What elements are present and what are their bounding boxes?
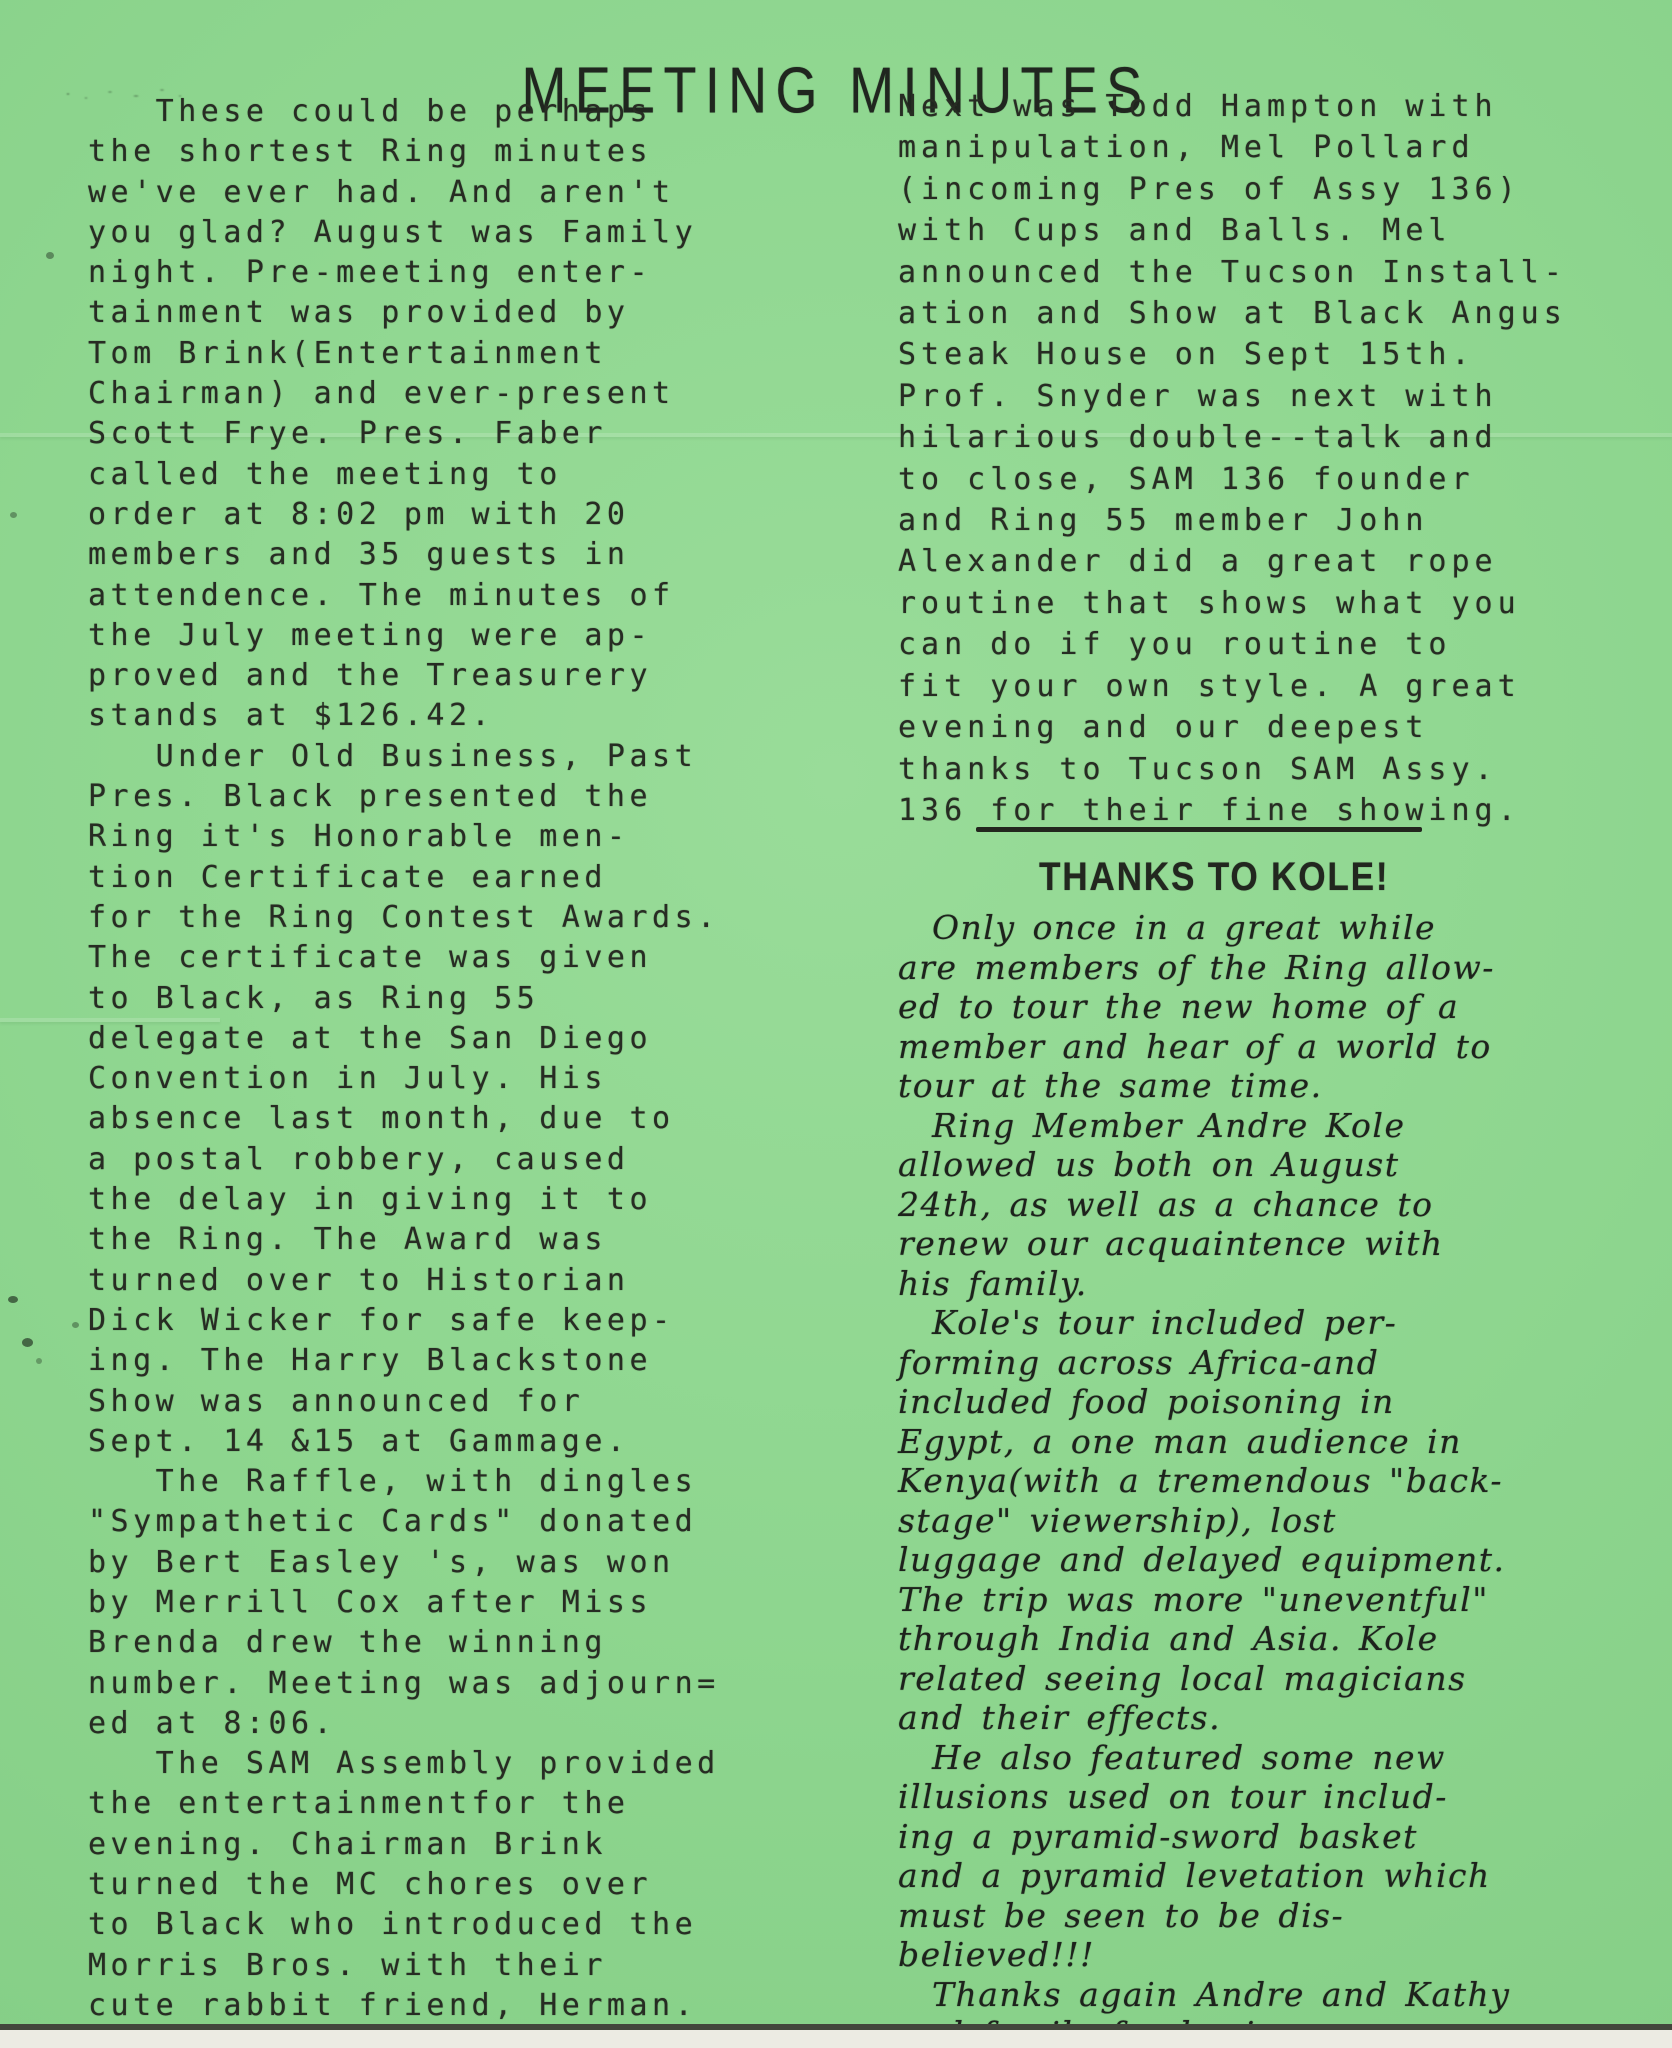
text-line: turned the MC chores over	[88, 1865, 768, 1905]
text-line: 136 for their fine showing.	[898, 790, 1598, 831]
text-line: stands at $126.42.	[88, 696, 768, 736]
newsletter-page: MEETING MINUTES These could be perhapsth…	[0, 0, 1672, 2048]
text-line: to close, SAM 136 founder	[898, 459, 1598, 500]
text-line: a postal robbery, caused	[88, 1140, 768, 1180]
text-line: Prof. Snyder was next with	[898, 376, 1598, 417]
text-line: by Bert Easley 's, was won	[88, 1543, 768, 1583]
text-line: Ring it's Honorable men-	[88, 817, 768, 857]
text-line: to Black who introduced the	[88, 1905, 768, 1945]
text-line: member and hear of a world to	[898, 1027, 1598, 1067]
text-line: "Sympathetic Cards" donated	[88, 1502, 768, 1542]
text-line: to Black, as Ring 55	[88, 979, 768, 1019]
text-line: The trip was more "uneventful"	[898, 1580, 1598, 1620]
text-line: illusions used on tour includ-	[898, 1777, 1598, 1817]
scanner-background	[0, 2030, 1672, 2048]
text-line: forming across Africa-and	[898, 1343, 1598, 1383]
text-line: fit your own style. A great	[898, 666, 1598, 707]
text-line: The SAM Assembly provided	[88, 1744, 768, 1784]
text-line: Kenya(with a tremendous "back-	[898, 1461, 1598, 1501]
text-line: renew our acquaintence with	[898, 1224, 1598, 1264]
text-line: through India and Asia. Kole	[898, 1619, 1598, 1659]
text-line: are members of the Ring allow-	[898, 948, 1598, 988]
text-line: ing a pyramid-sword basket	[898, 1817, 1598, 1857]
text-line: proved and the Treasurery	[88, 656, 768, 696]
text-line: absence last month, due to	[88, 1099, 768, 1139]
text-line: (incoming Pres of Assy 136)	[898, 169, 1598, 210]
text-line: night. Pre-meeting enter-	[88, 253, 768, 293]
ink-speck	[22, 1338, 33, 1347]
text-line: The certificate was given	[88, 938, 768, 978]
text-line: Pres. Black presented the	[88, 777, 768, 817]
text-line: The Raffle, with dingles	[88, 1462, 768, 1502]
section-header-thanks-to-kole: THANKS TO KOLE!	[933, 855, 1496, 900]
text-line: manipulation, Mel Pollard	[898, 127, 1598, 168]
ink-speck	[46, 252, 54, 259]
text-line: we've ever had. And aren't	[88, 173, 768, 213]
text-line: evening and our deepest	[898, 707, 1598, 748]
text-line: attendence. The minutes of	[88, 576, 768, 616]
text-line: Chairman) and ever-present	[88, 374, 768, 414]
text-line: Only once in a great while	[898, 908, 1598, 948]
text-line: must be seen to be dis-	[898, 1896, 1598, 1936]
text-line: allowed us both on August	[898, 1145, 1598, 1185]
text-line: related seeing local magicians	[898, 1659, 1598, 1699]
text-line: tainment was provided by	[88, 293, 768, 333]
text-line: number. Meeting was adjourn=	[88, 1664, 768, 1704]
text-line: Tom Brink(Entertainment	[88, 334, 768, 374]
text-line: delegate at the San Diego	[88, 1019, 768, 1059]
text-line: evening. Chairman Brink	[88, 1825, 768, 1865]
text-line: Next was Todd Hampton with	[898, 86, 1598, 127]
text-line: order at 8:02 pm with 20	[88, 495, 768, 535]
handwritten-section: Only once in a great whileare members of…	[898, 908, 1598, 2048]
text-line: 24th, as well as a chance to	[898, 1185, 1598, 1225]
text-line: Brenda drew the winning	[88, 1623, 768, 1663]
text-line: These could be perhaps	[88, 92, 768, 132]
text-line: ation and Show at Black Angus	[898, 293, 1598, 334]
text-line: you glad? August was Family	[88, 213, 768, 253]
text-line: luggage and delayed equipment.	[898, 1540, 1598, 1580]
text-line: Convention in July. His	[88, 1059, 768, 1099]
text-line: the July meeting were ap-	[88, 616, 768, 656]
ink-speck	[8, 1296, 18, 1303]
text-line: Dick Wicker for safe keep-	[88, 1301, 768, 1341]
text-line: Ring Member Andre Kole	[898, 1106, 1598, 1146]
text-line: Alexander did a great rope	[898, 541, 1598, 582]
text-line: Egypt, a one man audience in	[898, 1422, 1598, 1462]
text-line: the Ring. The Award was	[88, 1220, 768, 1260]
text-line: by Merrill Cox after Miss	[88, 1583, 768, 1623]
text-line: tion Certificate earned	[88, 858, 768, 898]
text-line: Under Old Business, Past	[88, 737, 768, 777]
text-line: stage" viewership), lost	[898, 1501, 1598, 1541]
text-line: Show was announced for	[88, 1382, 768, 1422]
text-line: tour at the same time.	[898, 1066, 1598, 1106]
text-line: Morris Bros. with their	[88, 1946, 768, 1986]
text-line: routine that shows what you	[898, 583, 1598, 624]
text-line: the delay in giving it to	[88, 1180, 768, 1220]
text-line: and their effects.	[898, 1698, 1598, 1738]
text-line: his family.	[898, 1264, 1598, 1304]
text-line: Sept. 14 &15 at Gammage.	[88, 1422, 768, 1462]
ink-speck	[36, 1358, 42, 1364]
right-column: Next was Todd Hampton withmanipulation, …	[898, 86, 1598, 2048]
text-line: ed to tour the new home of a	[898, 987, 1598, 1027]
text-line: ed at 8:06.	[88, 1704, 768, 1744]
text-line: turned over to Historian	[88, 1261, 768, 1301]
text-line: and Ring 55 member John	[898, 500, 1598, 541]
text-line: included food poisoning in	[898, 1382, 1598, 1422]
right-column-typed-text: Next was Todd Hampton withmanipulation, …	[898, 86, 1598, 831]
left-column: These could be perhapsthe shortest Ring …	[88, 92, 768, 2026]
text-line: cute rabbit friend, Herman.	[88, 1986, 768, 2026]
text-line: members and 35 guests in	[88, 535, 768, 575]
text-line: believed!!!	[898, 1935, 1598, 1975]
text-line: announced the Tucson Install-	[898, 252, 1598, 293]
text-line: and a pyramid levetation which	[898, 1856, 1598, 1896]
text-line: called the meeting to	[88, 455, 768, 495]
text-line: ing. The Harry Blackstone	[88, 1341, 768, 1381]
text-line: He also featured some new	[898, 1738, 1598, 1778]
text-line: Steak House on Sept 15th.	[898, 334, 1598, 375]
text-line: Scott Frye. Pres. Faber	[88, 414, 768, 454]
text-line: the shortest Ring minutes	[88, 132, 768, 172]
text-line: for the Ring Contest Awards.	[88, 898, 768, 938]
ink-speck	[10, 512, 17, 518]
text-line: Kole's tour included per-	[898, 1303, 1598, 1343]
text-line: the entertainmentfor the	[88, 1784, 768, 1824]
text-line: can do if you routine to	[898, 624, 1598, 665]
section-divider-line	[976, 827, 1422, 832]
text-line: Thanks again Andre and Kathy	[898, 1975, 1598, 2015]
text-line: with Cups and Balls. Mel	[898, 210, 1598, 251]
text-line: thanks to Tucson SAM Assy.	[898, 749, 1598, 790]
text-line: hilarious double--talk and	[898, 417, 1598, 458]
ink-speck	[72, 1322, 79, 1328]
